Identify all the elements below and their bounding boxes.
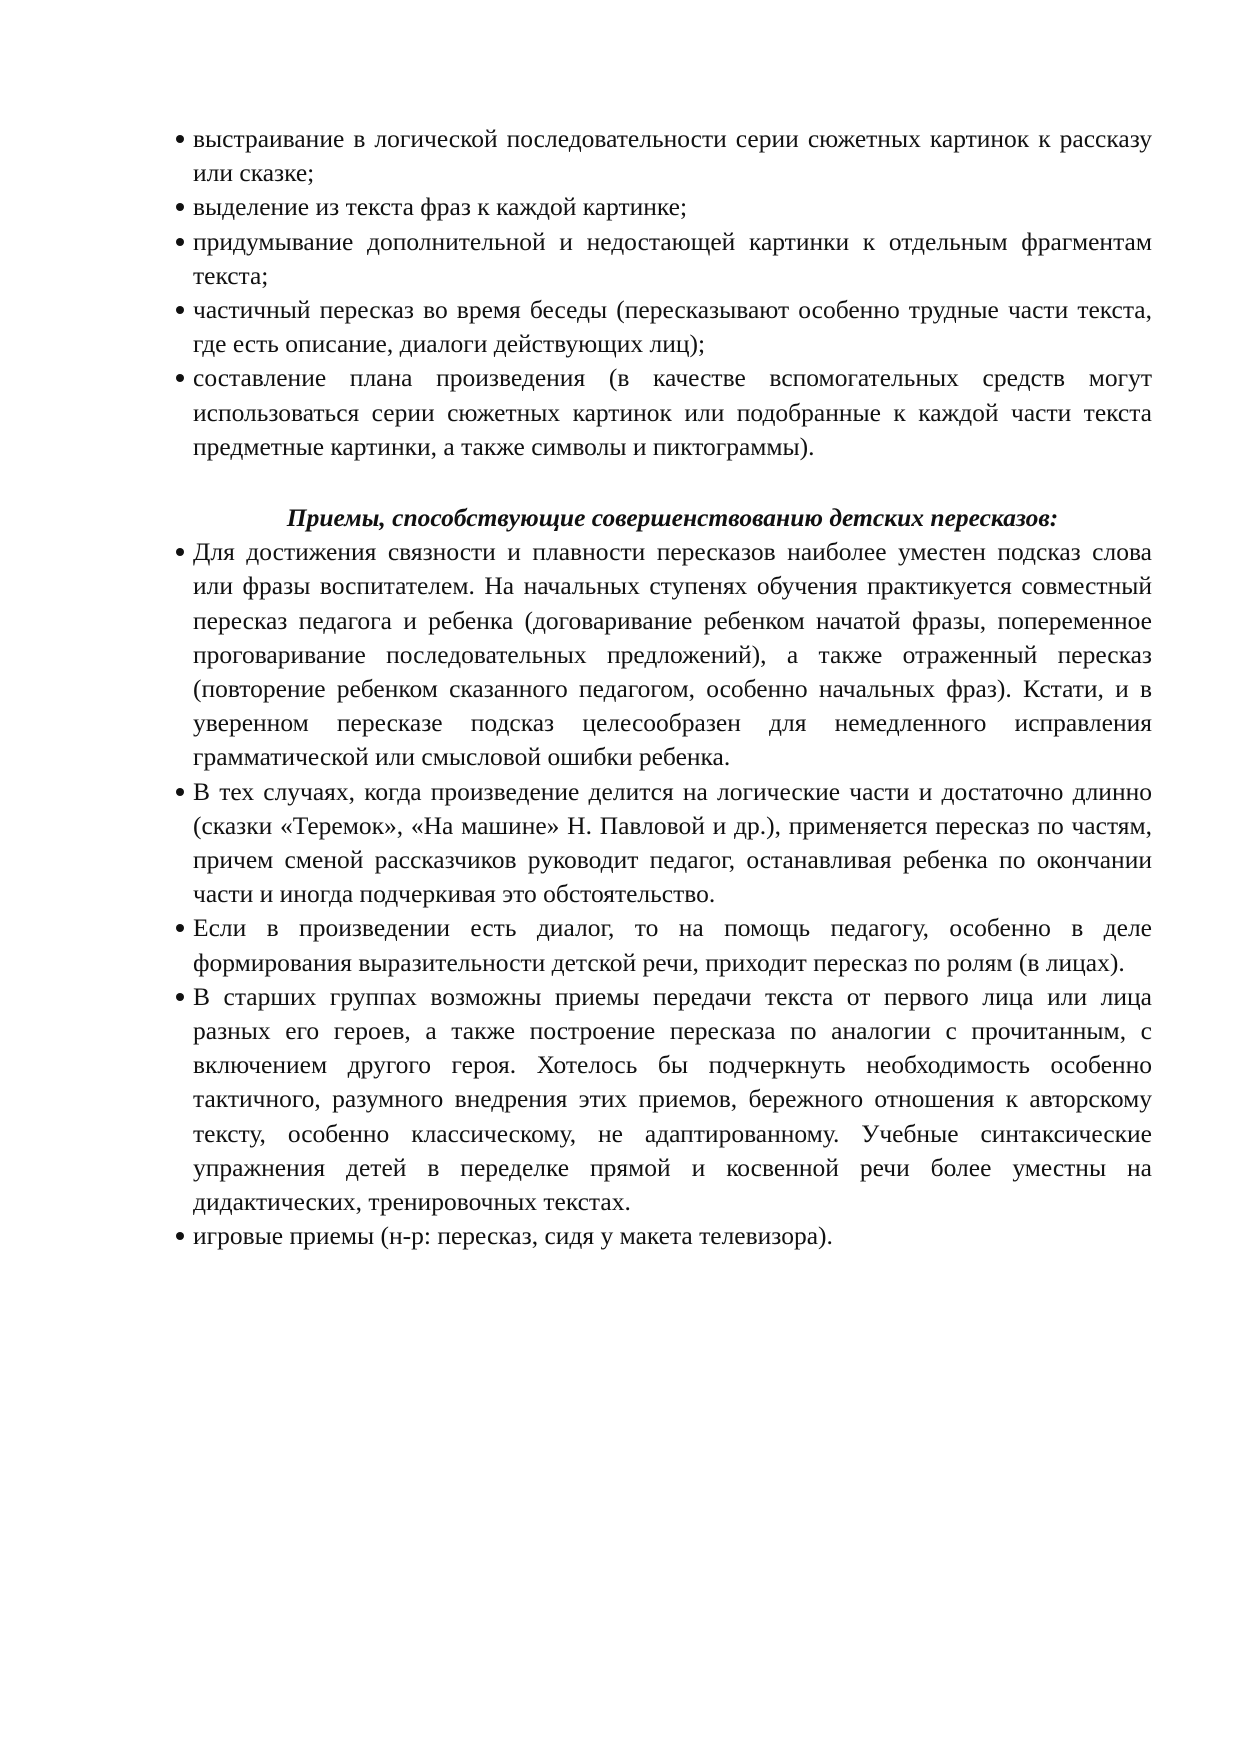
list-item: выстраивание в логической последовательн… bbox=[176, 122, 1152, 190]
bullet-icon bbox=[176, 306, 184, 314]
bullet-icon bbox=[176, 993, 184, 1001]
list-item-text: Для достижения связности и плавности пер… bbox=[193, 537, 1152, 771]
list-item: составление плана произведения (в качест… bbox=[176, 361, 1152, 464]
bullet-icon bbox=[176, 1232, 184, 1240]
list-item: придумывание дополнительной и недостающе… bbox=[176, 225, 1152, 293]
list-item-text: В тех случаях, когда произведение делитс… bbox=[193, 777, 1152, 909]
list-item: В старших группах возможны приемы переда… bbox=[176, 980, 1152, 1219]
bullet-icon bbox=[176, 788, 184, 796]
document-page: выстраивание в логической последовательн… bbox=[176, 122, 1152, 1254]
list-item-text: частичный пересказ во время беседы (пере… bbox=[193, 295, 1152, 358]
bullet-list-techniques: выстраивание в логической последовательн… bbox=[176, 122, 1152, 464]
list-item: В тех случаях, когда произведение делитс… bbox=[176, 775, 1152, 912]
bullet-icon bbox=[176, 135, 184, 143]
list-item-text: игровые приемы (н-р: пересказ, сидя у ма… bbox=[193, 1221, 833, 1250]
list-item-text: выстраивание в логической последовательн… bbox=[193, 124, 1152, 187]
list-item: игровые приемы (н-р: пересказ, сидя у ма… bbox=[176, 1219, 1152, 1253]
list-item-text: составление плана произведения (в качест… bbox=[193, 363, 1152, 460]
section-heading: Приемы, способствующие совершенствованию… bbox=[176, 501, 1152, 535]
bullet-icon bbox=[176, 548, 184, 556]
list-item: Если в произведении есть диалог, то на п… bbox=[176, 911, 1152, 979]
bullet-list-improvement: Для достижения связности и плавности пер… bbox=[176, 535, 1152, 1253]
list-item-text: Если в произведении есть диалог, то на п… bbox=[193, 913, 1152, 976]
list-item: Для достижения связности и плавности пер… bbox=[176, 535, 1152, 774]
bullet-icon bbox=[176, 203, 184, 211]
bullet-icon bbox=[176, 238, 184, 246]
list-item-text: В старших группах возможны приемы переда… bbox=[193, 982, 1152, 1216]
bullet-icon bbox=[176, 924, 184, 932]
bullet-icon bbox=[176, 374, 184, 382]
list-item: частичный пересказ во время беседы (пере… bbox=[176, 293, 1152, 361]
list-item-text: выделение из текста фраз к каждой картин… bbox=[193, 192, 687, 221]
list-item: выделение из текста фраз к каждой картин… bbox=[176, 190, 1152, 224]
list-item-text: придумывание дополнительной и недостающе… bbox=[193, 227, 1152, 290]
